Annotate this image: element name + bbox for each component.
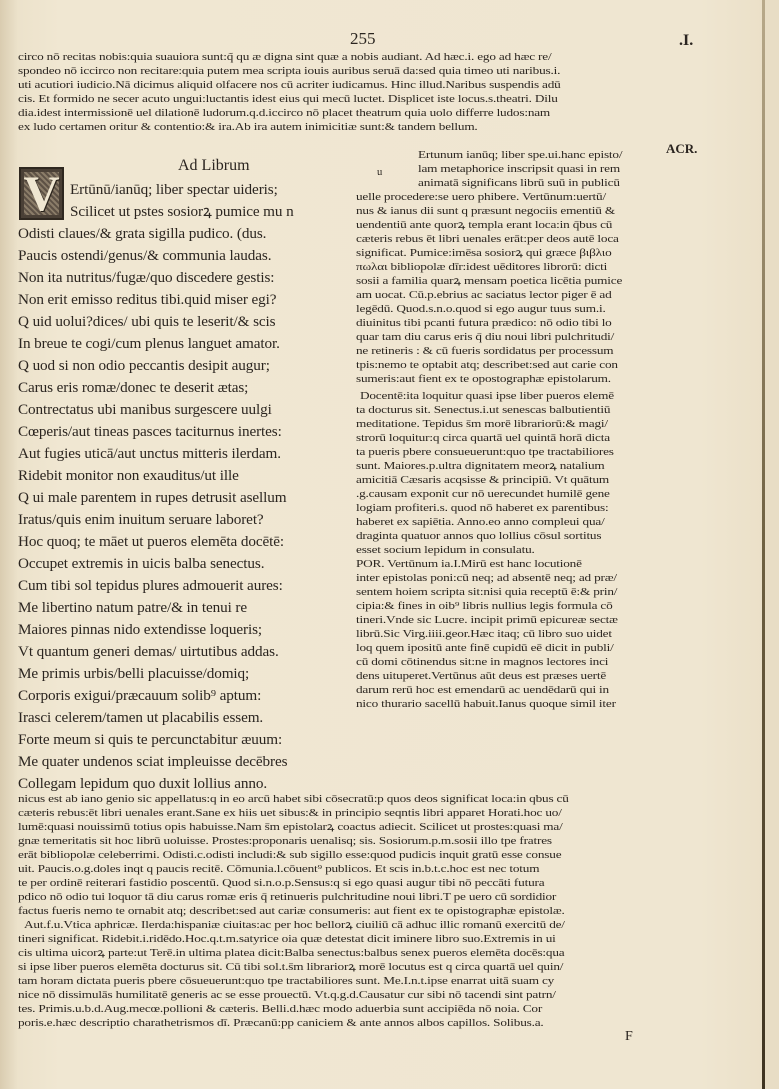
commentary-line: tpis:nemo te optabit atq; describet:sed … (356, 361, 618, 372)
commentary-line: poris.e.hæc descriptio charathetrismos d… (18, 1019, 544, 1030)
initial-letter: V (21, 169, 62, 218)
verse-line: In breue te cogi/cum plenus languet amat… (18, 336, 280, 351)
verse-line: Hoc quoq; te māet ut pueros elemēta docē… (18, 534, 284, 549)
commentary-line: te per ordinē reiterari fastidio poscent… (18, 879, 544, 890)
commentary-line: inter epistolas poni:cū neq; ad absentē … (356, 574, 617, 585)
adjacent-page-edge (765, 0, 779, 1089)
commentary-line: POR. Vertūnum ia.I.Mirū est hanc locutio… (356, 560, 582, 571)
commentary-line: esset socium lepidum in consulatu. (356, 546, 535, 557)
commentary-line: Docentē:ita loquitur quasi ipse liber pu… (360, 392, 614, 403)
verse-line: Q uid uolui?dices/ ubi quis te leserit/&… (18, 314, 275, 329)
commentary-line: tineri.Vnde sic Lucre. incipit primū epi… (356, 616, 618, 627)
commentary-line: dia.idest intermissionē uel dilationē lu… (18, 109, 550, 120)
verse-line: Irasci celerem/tamen ut placabilis essem… (18, 710, 263, 725)
commentary-line: tineri significat. Ridebit.i.ridēdo.Hoc.… (18, 935, 556, 946)
verse-line: Iratus/quis enim inuitum seruare laboret… (18, 512, 264, 527)
commentary-line: tam horam dictata pueris pbere cōsueueru… (18, 977, 554, 988)
verse-line: Non erit emisso reditus tibi.quid miser … (18, 292, 276, 307)
commentary-line: draginta quatuor annos quo lollius cōsul… (356, 532, 601, 543)
commentary-line: cis. Et formido ne secer acuto ungui:luc… (18, 95, 558, 106)
commentary-line: ta pueris pbere consueuerunt:quo tpe tra… (356, 448, 614, 459)
commentary-line: Ertunum ianūq; liber spe.ui.hanc episto/ (418, 151, 622, 162)
verse-line: Me libertino natum patre/& in tenui re (18, 600, 247, 615)
commentary-line: cis ultima uicorꝝ parte:ut Terē.in ultim… (18, 949, 564, 960)
commentary-line: legēdū. Quod.s.n.o.quod si ego augur tuu… (356, 305, 606, 316)
verse-line: Ertūnū/ianūq; liber spectar uideris; (70, 182, 278, 197)
book-page: 255 .I. ACR. circo nō recitas nobis:quia… (0, 0, 765, 1089)
commentary-line: librū.Sic Virg.iiii.geor.Hæc itaq; cū li… (356, 630, 612, 641)
verse-line: Vt quantum generi demas/ uirtutibus adda… (18, 644, 279, 659)
commentary-line: tes. Primis.u.b.d.Aug.mecœ.pollioni & cæ… (18, 1005, 542, 1016)
commentary-line: cæteris rebus ēt libri uenales erāt:per … (356, 235, 619, 246)
commentary-line: nus & ianus dii sunt q præsunt negociis … (356, 207, 615, 218)
verse-line: Forte meum si quis te percunctabitur æuu… (18, 732, 282, 747)
commentary-line: nice nō dissimulās humilitatē generis ac… (18, 991, 556, 1002)
verse-line: Contrectatus ubi manibus surgescere uulg… (18, 402, 272, 417)
commentary-line: circo nō recitas nobis:quia suauiora sun… (18, 53, 551, 64)
verse-line: Occupet extremis in uicis balba senectus… (18, 556, 264, 571)
poem-heading: Ad Librum (178, 158, 250, 174)
verse-line: Non ita nutritus/fugæ/quo discedere gest… (18, 270, 274, 285)
commentary-line: quar tam diu carus eris q̄ diu noui libr… (356, 333, 614, 344)
commentary-line: loq quem ipositū ante finē cupidū eē dic… (356, 644, 614, 655)
commentary-line: cū domi cōtinendus sit:ne in magnos lect… (356, 658, 608, 669)
commentary-line: cipia:& fines in oib⁹ libris nullius leg… (356, 602, 613, 613)
commentary-line: logiam profiteri.s. quod nō haberet ex p… (356, 504, 608, 515)
verse-line: Odisti claues/& grata sigilla pudico. (d… (18, 226, 266, 241)
signature-mark: .I. (679, 33, 693, 49)
commentary-line: .g.causam exponit cur nō uerecundet humi… (356, 490, 610, 501)
commentary-line: animatā significans librū suū in publicū (418, 179, 620, 190)
commentary-line: uit. Paucis.o.g.doles inqt q paucis reci… (18, 865, 539, 876)
commentary-line: ta docturus sit. Senectus.i.ut senescas … (356, 406, 610, 417)
verse-line: Scilicet ut pstes sosiorꝝ pumice mu n (70, 204, 294, 219)
commentary-line: spondeo nō iccirco non recitare:quia put… (18, 67, 560, 78)
verse-line: Ridebit monitor non exauditus/ut ille (18, 468, 239, 483)
commentary-line: uendentiū ante quorꝝ templa erant loca:i… (356, 221, 612, 232)
commentary-line: ne retineris : & cū fueris sordidatus pe… (356, 347, 613, 358)
verse-line: Me quater undenos sciat impleuisse decēb… (18, 754, 287, 769)
commentary-line: lam metaphorice inscripsit quasi in rem (418, 165, 620, 176)
commentary-line: sunt. Maiores.p.ultra dignitatem meorꝝ n… (356, 462, 605, 473)
commentary-line: diuinitus tibi pcanti futura prædico: nō… (356, 319, 612, 330)
verse-line: Collegam lepidum quo duxit lollius anno. (18, 776, 267, 791)
verse-line: Cum tibi sol tepidus plures admouerit au… (18, 578, 283, 593)
verse-line: Cœperis/aut tineas pasces taciturnus ine… (18, 424, 282, 439)
commentary-line: cæteris rebus:ēt libri uenales erant.San… (18, 809, 562, 820)
commentary-line: πωλαι bibliopolæ dīr:idest uēditores lib… (356, 263, 607, 274)
commentary-line: lumē:quasi nouissimū totius opis habuiss… (18, 823, 563, 834)
decorated-initial: V (19, 167, 64, 220)
commentary-line: sumeris:aut fient ex te opostographæ epi… (356, 375, 611, 386)
commentary-line: gnæ temeritatis sit hoc librū uoluisse. … (18, 837, 552, 848)
margin-note: ACR. (666, 142, 697, 155)
commentary-line: sosii a familia quarꝝ mensam poetica lic… (356, 277, 622, 288)
commentary-line: nicus est ab iano genio sic appellatus:q… (18, 795, 569, 806)
commentary-line: Aut.f.u.Vtica aphricæ. Ilerda:hispaniæ c… (24, 921, 565, 932)
commentary-line: significat. Pumice:imēsa sosiorꝝ qui græ… (356, 249, 612, 260)
commentary-line: strorū loquitur:q circa quartā uel quint… (356, 434, 610, 445)
commentary-line: dens uituperet.Vertūnus aūt deus est præ… (356, 672, 606, 683)
verse-line: Q uod si non odio peccantis desipit augu… (18, 358, 270, 373)
footer-signature: F (625, 1030, 633, 1044)
commentary-line: si ipse liber pueros elemēta docturus si… (18, 963, 563, 974)
commentary-line: pdico nō odio tui loquor tā diu carus ro… (18, 893, 556, 904)
verse-line: Carus eris romæ/donec te deserit ætas; (18, 380, 248, 395)
commentary-line: erāt bibliopolæ celeberrimi. Odisti.c.od… (18, 851, 561, 862)
commentary-line: uelle procedere:se uero phibere. Vertūnu… (356, 193, 606, 204)
verse-line: Q ui male parentem in rupes detrusit ase… (18, 490, 286, 505)
commentary-line: meditatione. Tepidus s̄m morē librariorū… (356, 420, 608, 431)
page-number: 255 (350, 30, 376, 47)
commentary-line: nico thurario sacellū habuit.Ianus quoqu… (356, 700, 616, 711)
verse-line: Aut fugies uticā/aut unctus mitteris ile… (18, 446, 281, 461)
commentary-line: am uocat. Cū.p.ebrius ac saciatus lector… (356, 291, 612, 302)
commentary-line: sentem hoiem scripta sit:nisi quia recep… (356, 588, 617, 599)
verse-line: Corporis exigui/præcauum solib⁹ aptum: (18, 688, 261, 703)
verse-line: Paucis ostendi/genus/& communia laudas. (18, 248, 271, 263)
commentary-line: factus fueris nemo te ornabit atq; descr… (18, 907, 565, 918)
commentary-line: ex ludo certamen oritur & contentio:& ir… (18, 123, 478, 134)
verse-line: Maiores pinnas nido extendisse loqueris; (18, 622, 262, 637)
verse-line: Me primis urbis/belli placuisse/domiq; (18, 666, 249, 681)
commentary-line: darum rerū hoc est emendarū ac uendēdarū… (356, 686, 609, 697)
commentary-line: haberet ex sapiētia. Anno.eo anno comple… (356, 518, 605, 529)
guide-letter: u (377, 168, 382, 179)
commentary-line: uti acutiori iudicio.Nā dicimus aliquid … (18, 81, 561, 92)
commentary-line: amicitiā Cæsaris acqsisse & principiū. V… (356, 476, 609, 487)
